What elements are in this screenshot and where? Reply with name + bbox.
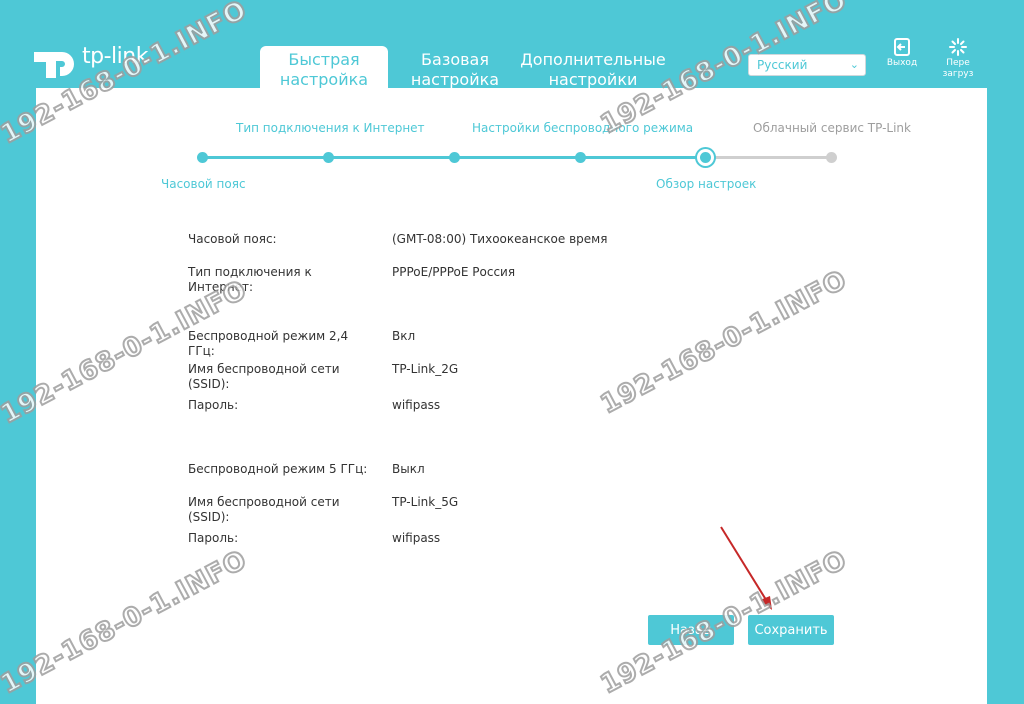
stepper-line-pending — [706, 156, 832, 159]
step-dot-wireless[interactable] — [575, 152, 586, 163]
reboot-label-line1: Пере — [936, 58, 980, 69]
wifi24-ssid-label-line1: Имя беспроводной сети — [188, 362, 378, 377]
step-label-wireless: Настройки беспроводного режима — [472, 121, 693, 135]
wifi24-password-value: wifipass — [392, 398, 440, 413]
wifi5-mode-value: Выкл — [392, 462, 425, 477]
save-button[interactable]: Сохранить — [748, 615, 834, 645]
step-dot-summary — [700, 152, 711, 163]
wifi5-password-label: Пароль: — [188, 531, 378, 546]
step-label-summary: Обзор настроек — [656, 177, 756, 191]
wifi24-ssid-label: Имя беспроводной сети (SSID): — [188, 362, 378, 392]
step-dot-cloud — [826, 152, 837, 163]
tab-basic-setup[interactable]: Базовая настройка — [400, 46, 510, 88]
tab-label-line2: настройка — [400, 70, 510, 90]
tab-quick-setup[interactable]: Быстрая настройка — [260, 46, 388, 88]
connection-type-label: Тип подключения к Интернет: — [188, 265, 378, 295]
wifi24-mode-label: Беспроводной режим 2,4 ГГц: — [188, 329, 378, 359]
wifi5-mode-label: Беспроводной режим 5 ГГц: — [188, 462, 378, 477]
back-button[interactable]: Назад — [648, 615, 734, 645]
step-dot-connection-type[interactable] — [323, 152, 334, 163]
tab-label-line1: Быстрая — [260, 46, 388, 70]
wifi5-ssid-label-line2: (SSID): — [188, 510, 378, 525]
wifi24-mode-value: Вкл — [392, 329, 415, 344]
wifi5-ssid-label-line1: Имя беспроводной сети — [188, 495, 378, 510]
main-panel: Часовой пояс Тип подключения к Интернет … — [36, 88, 987, 704]
tab-label-line2: настройки — [520, 70, 666, 90]
brand-name: tp-link — [82, 44, 148, 69]
step-dot-intermediate[interactable] — [449, 152, 460, 163]
wifi5-password-value: wifipass — [392, 531, 440, 546]
logout-icon — [893, 38, 911, 56]
step-label-connection-type: Тип подключения к Интернет — [236, 121, 425, 135]
language-select[interactable]: Русский ⌄ — [748, 54, 866, 76]
wifi24-password-label: Пароль: — [188, 398, 378, 413]
language-selected: Русский — [757, 58, 807, 72]
tab-label-line2: настройка — [260, 70, 388, 90]
setup-stepper: Часовой пояс Тип подключения к Интернет … — [36, 88, 987, 198]
wifi5-ssid-value: TP-Link_5G — [392, 495, 458, 510]
tab-label-line1: Дополнительные — [520, 46, 666, 70]
top-bar: tp-link Быстрая настройка Базовая настро… — [0, 0, 1024, 88]
reboot-label-line2: загруз — [936, 69, 980, 80]
wifi5-ssid-label: Имя беспроводной сети (SSID): — [188, 495, 378, 525]
step-dot-timezone[interactable] — [197, 152, 208, 163]
timezone-value: (GMT-08:00) Тихоокеанское время — [392, 232, 607, 247]
wifi24-ssid-label-line2: (SSID): — [188, 377, 378, 392]
logout-button[interactable]: Выход — [880, 38, 924, 69]
timezone-label: Часовой пояс: — [188, 232, 378, 247]
step-label-cloud: Облачный сервис TP-Link — [753, 121, 911, 135]
connection-type-value: PPPoE/PPPoE Россия — [392, 265, 515, 280]
chevron-down-icon: ⌄ — [850, 55, 859, 75]
logout-label: Выход — [887, 58, 917, 68]
tab-label-line1: Базовая — [400, 46, 510, 70]
step-label-timezone: Часовой пояс — [161, 177, 246, 191]
tab-advanced-setup[interactable]: Дополнительные настройки — [520, 46, 666, 88]
reboot-icon — [949, 38, 967, 56]
reboot-button[interactable]: Пере загруз — [936, 38, 980, 80]
wifi24-ssid-value: TP-Link_2G — [392, 362, 458, 377]
